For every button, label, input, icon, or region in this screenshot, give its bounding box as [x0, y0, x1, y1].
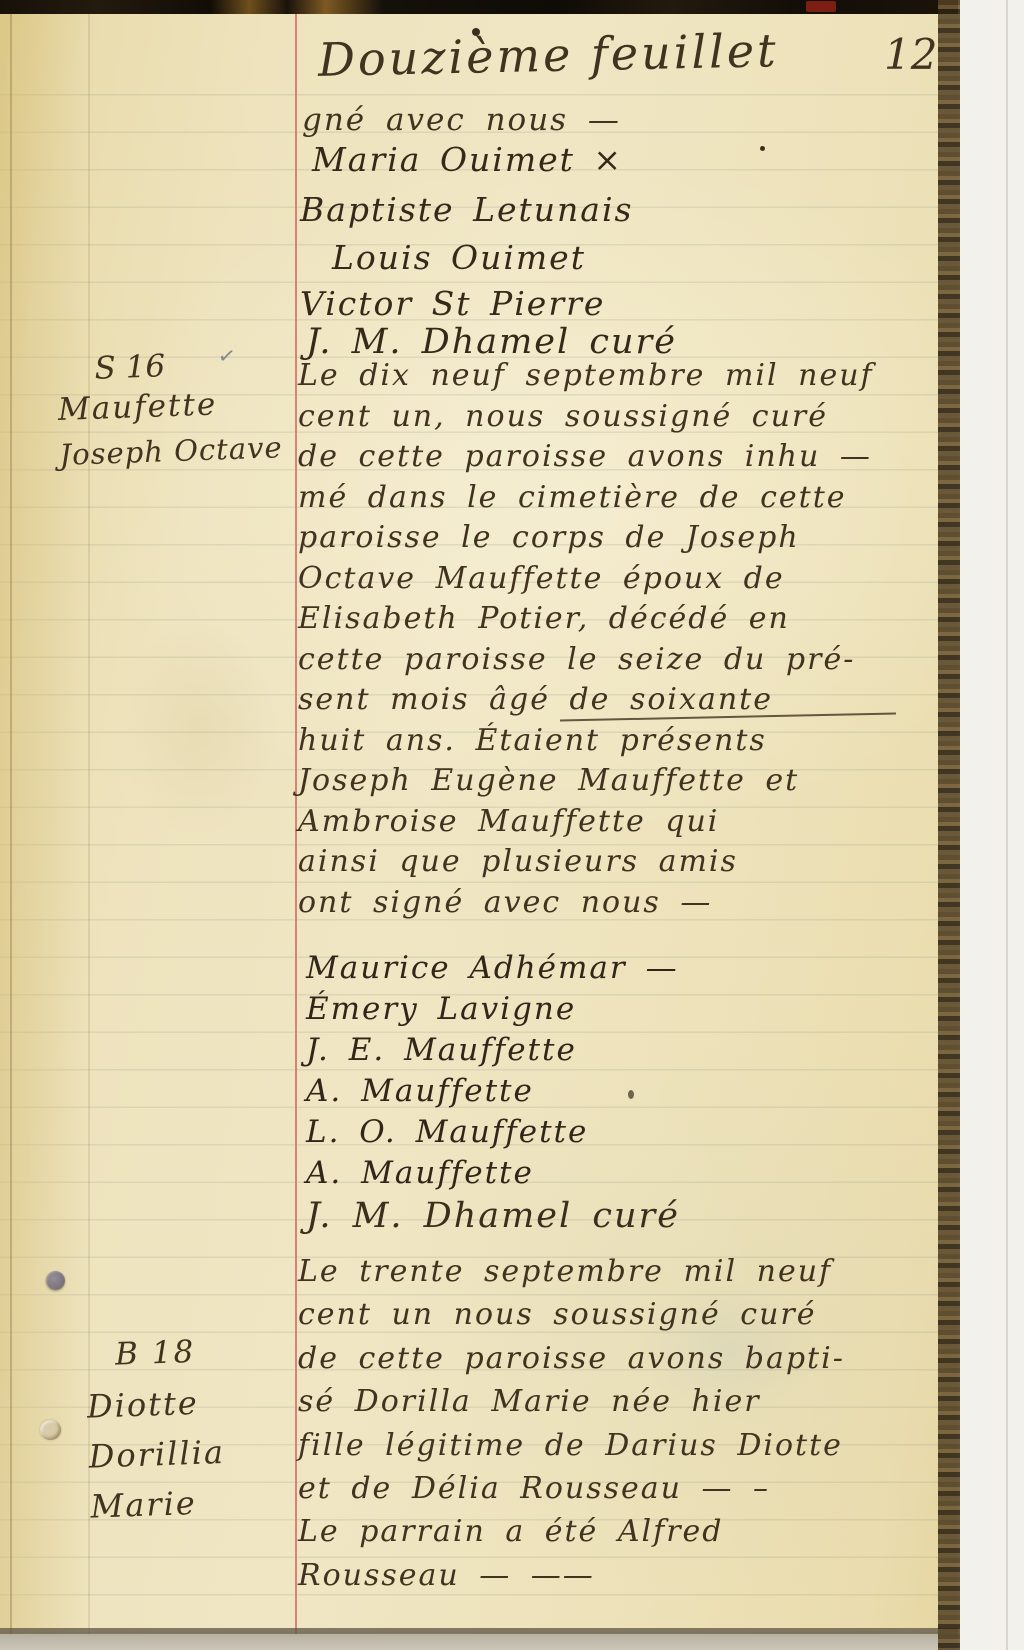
paper-stain — [120, 620, 280, 840]
act-line: sé Dorilla Marie née hier — [298, 1384, 960, 1427]
ink-speck — [760, 146, 765, 151]
act-line: mé dans le cimetière de cette — [298, 480, 960, 521]
punch-hole — [46, 1271, 65, 1290]
signature-line: Baptiste Letunais — [300, 190, 633, 229]
signature-line: Émery Lavigne — [306, 991, 680, 1032]
margin-annotation-burial: S 16 Maufette Joseph Octave — [56, 344, 290, 472]
page-edge-right — [938, 0, 960, 1650]
signature-line: A. Mauffette — [306, 1155, 680, 1196]
act-line: Joseph Eugène Mauffette et — [298, 763, 960, 804]
signature-line: Maria Ouimet × — [312, 140, 623, 179]
act-line: Le trente septembre mil neuf — [298, 1254, 960, 1297]
page-number: 12 — [884, 30, 937, 79]
book-edge-red-mark — [806, 1, 836, 12]
margin-surname: Diotte — [86, 1380, 298, 1437]
act-line: Ambroise Mauffette qui — [298, 804, 960, 845]
act-line: Elisabeth Potier, décédé en — [298, 601, 960, 642]
ink-speck — [472, 28, 480, 36]
margin-given-name: Marie — [90, 1480, 302, 1537]
act-line: et de Délia Rousseau — – — [298, 1471, 960, 1514]
act-line: Le parrain a été Alfred — [298, 1514, 960, 1557]
underlying-pages-edge — [0, 1634, 958, 1650]
signature-line-cure: J. M. Dhamel curé — [306, 322, 677, 362]
act-line: paroisse le corps de Joseph — [298, 520, 960, 561]
act-line: Octave Mauffette époux de — [298, 561, 960, 602]
signature-line: J. E. Mauffette — [306, 1032, 680, 1073]
act-line: ont signé avec nous — — [298, 885, 960, 926]
act-line: sent mois âgé de soixante — [298, 682, 960, 723]
act-line: cent un nous soussigné curé — [298, 1297, 960, 1340]
margin-given-name: Dorillia — [88, 1430, 300, 1487]
punch-hole — [40, 1420, 61, 1440]
page-title: Douzième feuillet — [317, 23, 779, 87]
act-line: fille légitime de Darius Diotte — [298, 1428, 960, 1471]
baptism-act-text: Le trente septembre mil neuf cent un nou… — [298, 1254, 960, 1601]
act-line: de cette paroisse avons inhu — — [298, 439, 960, 480]
scanner-background-line — [1006, 0, 1008, 1650]
signature-line: A. Mauffette — [306, 1073, 680, 1114]
burial-act-text: Le dix neuf septembre mil neuf cent un, … — [298, 358, 960, 925]
binding-crease — [10, 0, 12, 1650]
margin-given-names: Joseph Octave — [59, 420, 290, 472]
signature-line: Maurice Adhémar — — [306, 950, 680, 991]
check-mark-icon: ✓ — [216, 343, 237, 369]
signature-line: Louis Ouimet — [332, 238, 586, 277]
burial-signatures: Maurice Adhémar — Émery Lavigne J. E. Ma… — [306, 950, 680, 1237]
act-line: Le dix neuf septembre mil neuf — [298, 358, 960, 399]
page-gutter-shading — [0, 0, 92, 1650]
act-line: de cette paroisse avons bapti- — [298, 1341, 960, 1384]
margin-annotation-baptism: B 18 Diotte Dorillia Marie — [85, 1330, 302, 1537]
act-line: cent un, nous soussigné curé — [298, 399, 960, 440]
act-line: huit ans. Étaient présents — [298, 723, 960, 764]
act-line: cette paroisse le seize du pré- — [298, 642, 960, 683]
margin-act-code: B 18 — [85, 1330, 297, 1387]
paper-sheet: Douzième feuillet 12 gné avec nous — Mar… — [0, 0, 958, 1650]
signature-line: L. O. Mauffette — [306, 1114, 680, 1155]
act-line: ainsi que plusieurs amis — [298, 844, 960, 885]
signature-line: Victor St Pierre — [300, 284, 605, 323]
signature-line-cure: J. M. Dhamel curé — [306, 1196, 680, 1237]
act-line: Rousseau — —— — [298, 1558, 960, 1601]
scanned-register-page: Douzième feuillet 12 gné avec nous — Mar… — [0, 0, 1024, 1650]
continuation-line: gné avec nous — — [302, 102, 621, 138]
